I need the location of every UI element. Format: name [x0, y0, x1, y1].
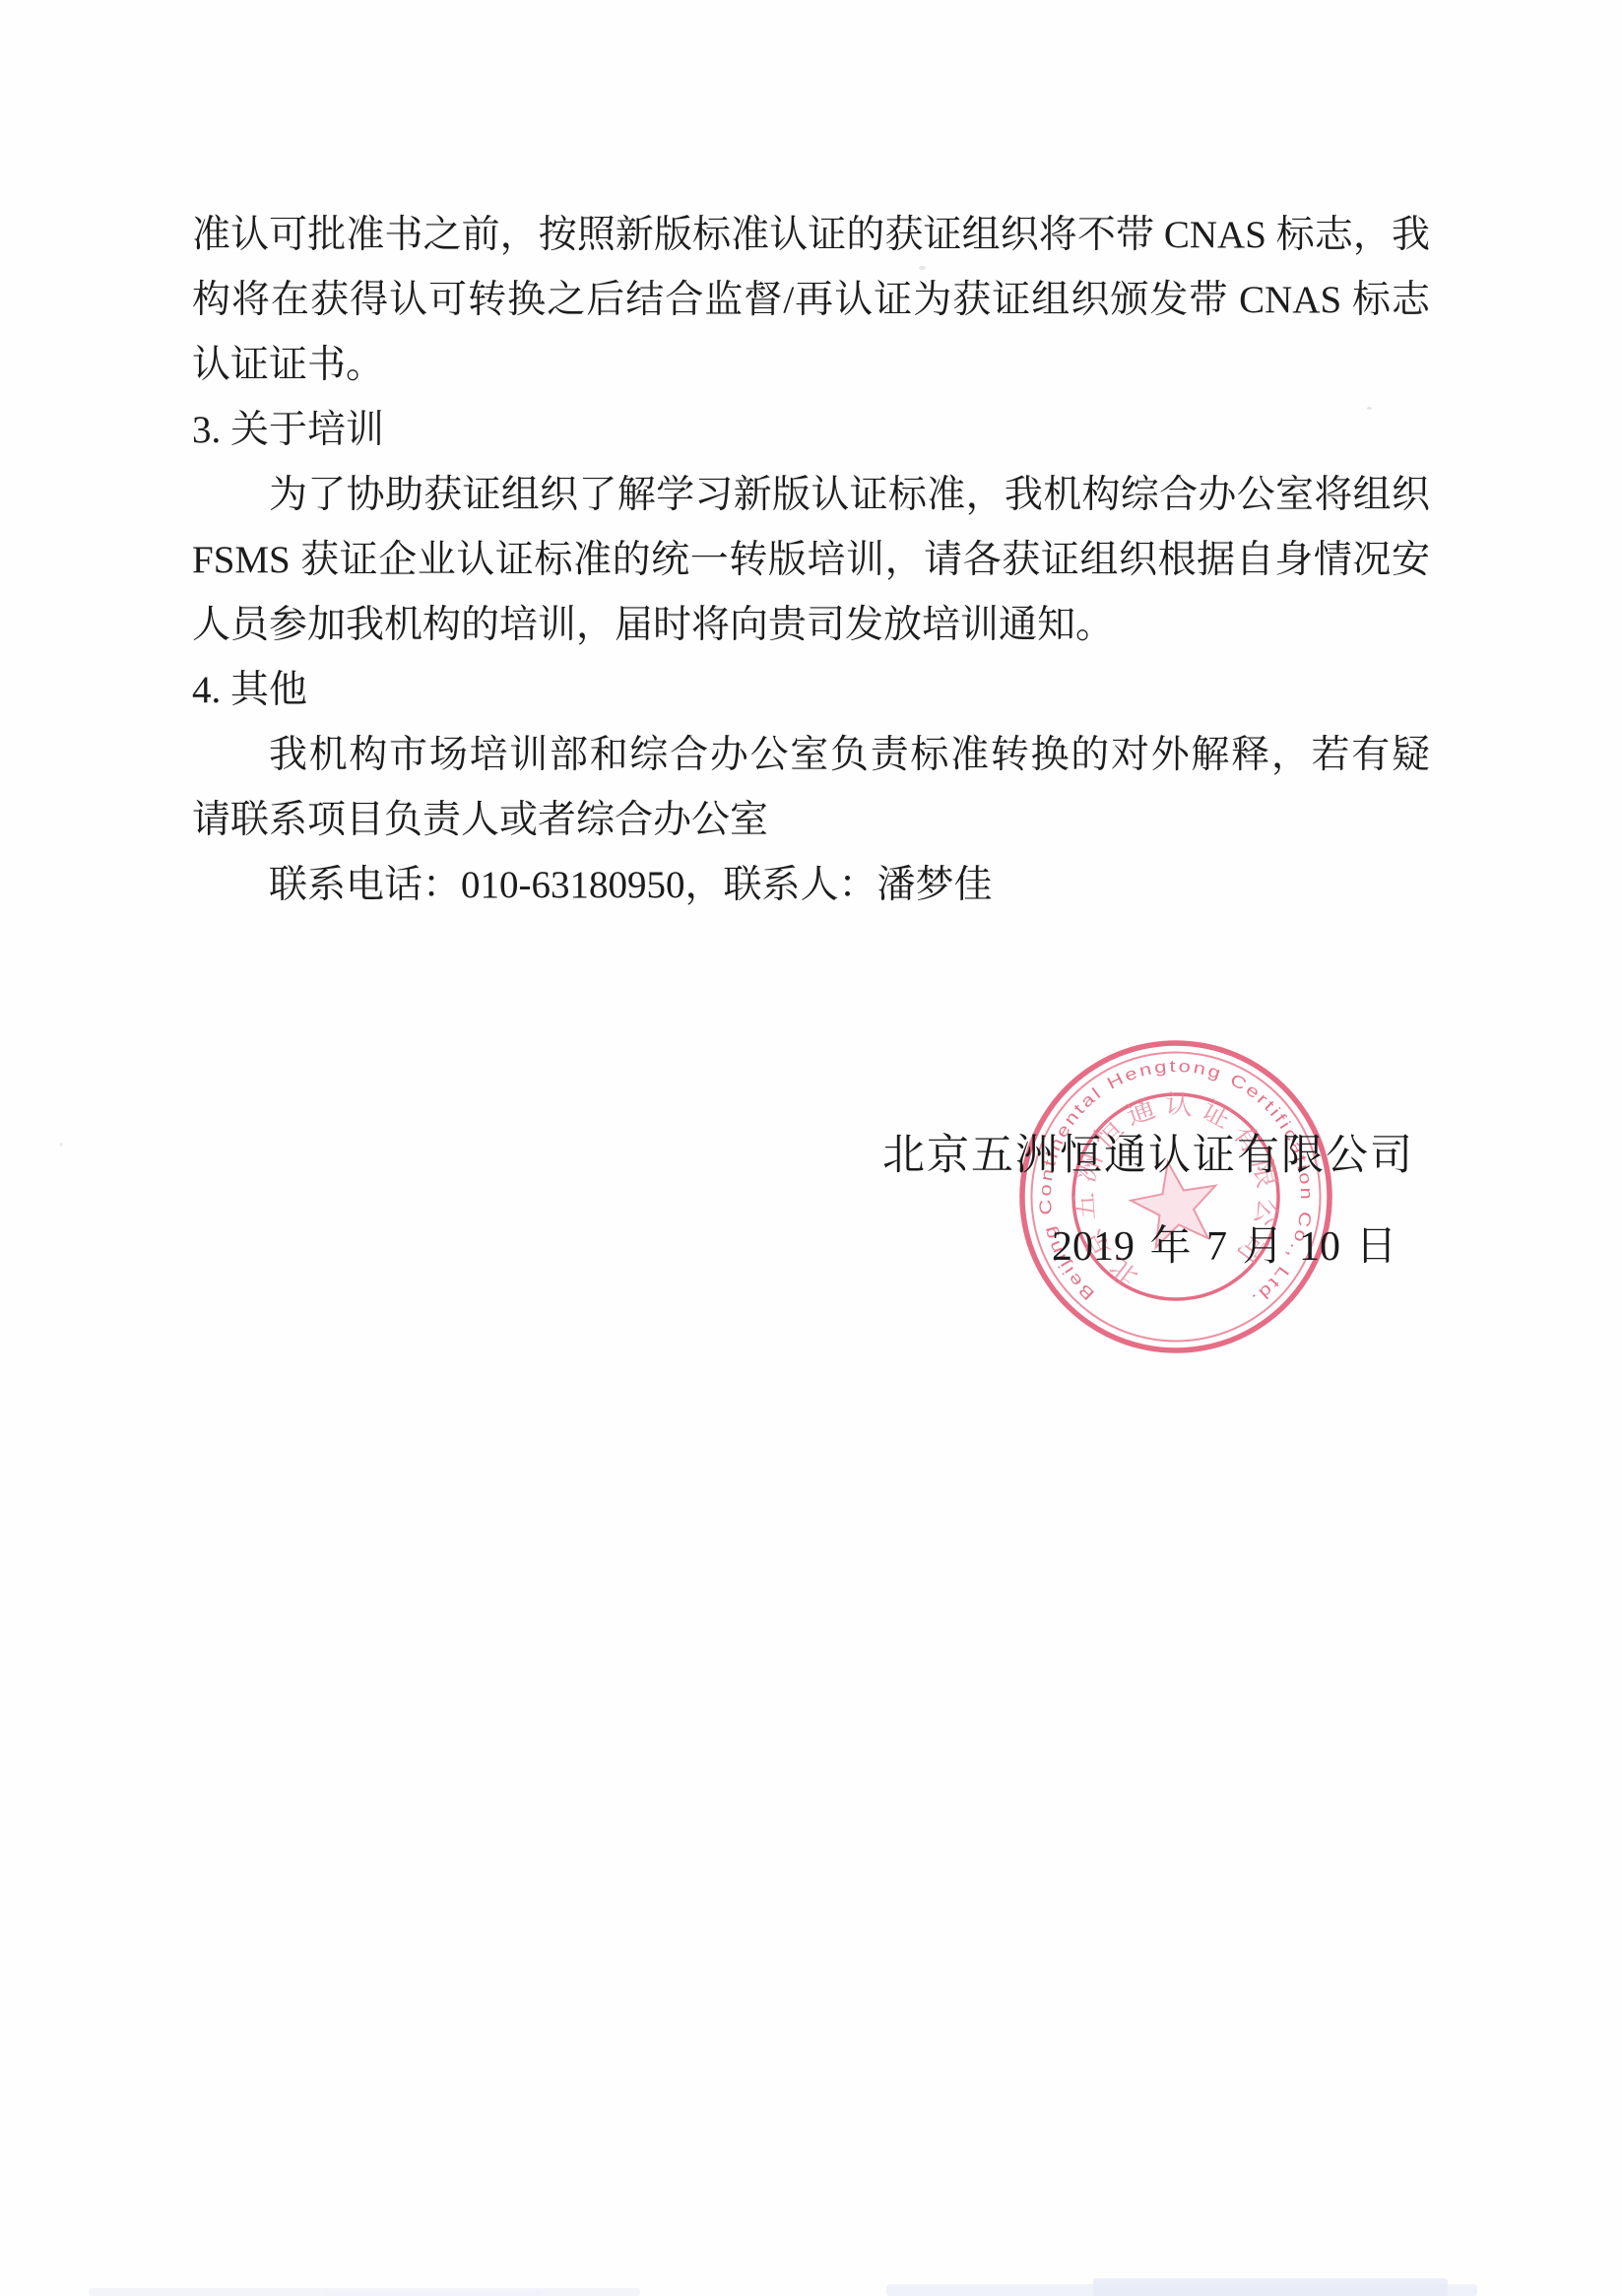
- text-line: 我机构市场培训部和综合办公室负责标准转换的对外解释，若有疑问，: [192, 723, 1430, 788]
- text-line: 人员参加我机构的培训，届时将向贵司发放培训通知。: [192, 593, 1430, 658]
- body-text: 准认可批准书之前，按照新版标准认证的获证组织将不带 CNAS 标志，我机 构将在…: [192, 203, 1430, 918]
- signature-date: 2019 年 7 月 10 日: [1052, 1226, 1397, 1268]
- document-page: 准认可批准书之前，按照新版标准认证的获证组织将不带 CNAS 标志，我机 构将在…: [0, 0, 1622, 2296]
- text-line: 构将在获得认可转换之后结合监督/再认证为获证组织颁发带 CNAS 标志的: [192, 268, 1430, 333]
- scan-speck: [59, 1143, 63, 1147]
- text-line: FSMS 获证企业认证标准的统一转版培训，请各获证组织根据自身情况安排: [192, 528, 1430, 593]
- text-line: 为了协助获证组织了解学习新版认证标准，我机构综合办公室将组织: [192, 463, 1430, 528]
- text-line: 准认可批准书之前，按照新版标准认证的获证组织将不带 CNAS 标志，我机: [192, 203, 1430, 268]
- scan-speck: [919, 266, 926, 270]
- section-heading-3: 3. 关于培训: [192, 398, 1430, 463]
- scan-speck: [1367, 407, 1372, 410]
- text-line: 请联系项目负责人或者综合办公室: [192, 788, 1430, 853]
- contact-line: 联系电话：010-63180950，联系人：潘梦佳: [192, 853, 1430, 918]
- company-seal-stamp: Beijing Continental Hengtong Certificati…: [1008, 1029, 1343, 1364]
- signature-company-name: 北京五洲恒通认证有限公司: [882, 1135, 1414, 1177]
- section-heading-4: 4. 其他: [192, 658, 1430, 723]
- text-line: 认证证书。: [192, 333, 1430, 398]
- scan-edge-noise: [0, 2266, 1622, 2296]
